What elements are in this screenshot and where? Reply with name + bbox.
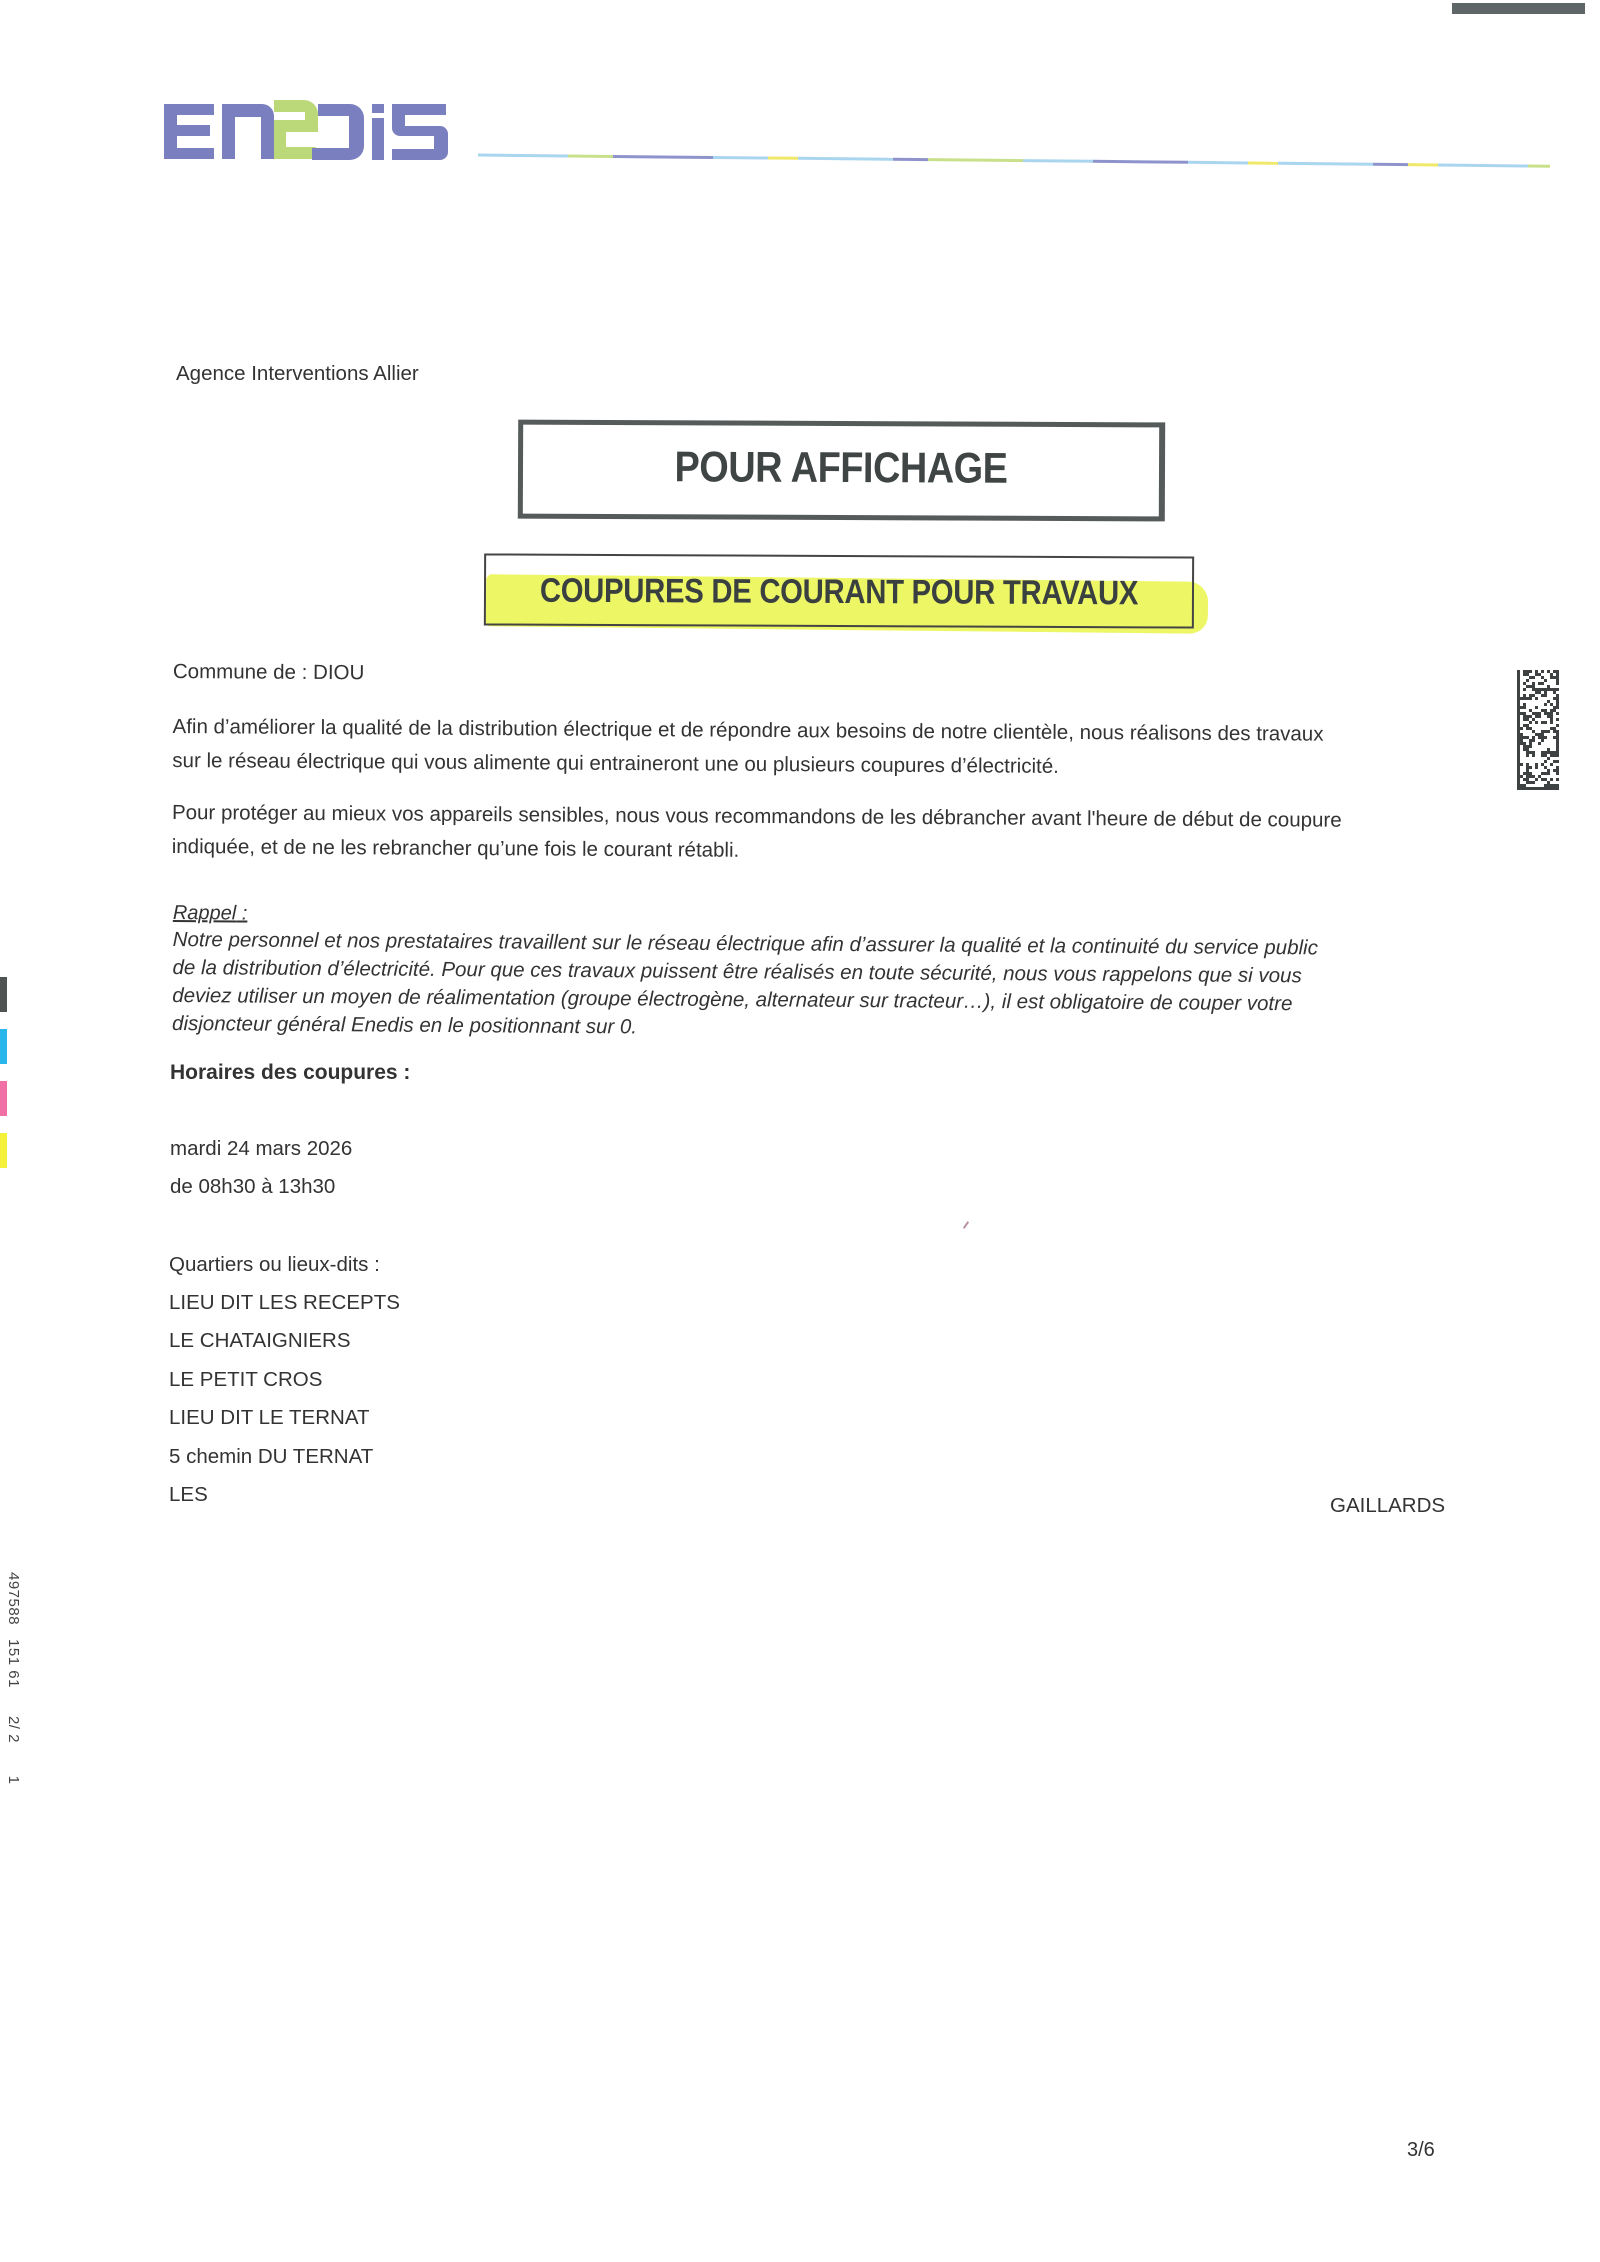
outage-title-box: COUPURES DE COURANT POUR TRAVAUX xyxy=(484,553,1194,628)
agency-name: Agence Interventions Allier xyxy=(176,362,419,386)
location-item: LIEU DIT LE TERNAT xyxy=(169,1406,370,1430)
display-title: POUR AFFICHAGE xyxy=(561,443,1121,494)
page-number: 3/6 xyxy=(1407,2139,1435,2162)
outage-hours: de 08h30 à 13h30 xyxy=(170,1175,335,1199)
datamatrix-code xyxy=(1517,668,1559,792)
location-item-trailing: GAILLARDS xyxy=(1330,1494,1445,1518)
location-item: LES xyxy=(169,1483,208,1507)
location-item: LE PETIT CROS xyxy=(169,1368,322,1392)
calibration-mark-magenta xyxy=(0,1081,7,1116)
outage-title: COUPURES DE COURANT POUR TRAVAUX xyxy=(535,572,1142,614)
location-item: LIEU DIT LES RECEPTS xyxy=(169,1291,400,1315)
reminder-colon: : xyxy=(236,902,247,924)
locations-title: Quartiers ou lieux-dits : xyxy=(169,1253,380,1277)
enedis-logo xyxy=(160,98,460,166)
reminder-title-text: Rappel xyxy=(173,902,237,924)
reminder-section: Rappel : Notre personnel et nos prestata… xyxy=(172,900,1473,1048)
calibration-mark-black xyxy=(0,977,7,1012)
header-decorative-line xyxy=(478,150,1588,172)
scan-artifact xyxy=(963,1221,969,1229)
paragraph-improvement: Afin d’améliorer la qualité de la distri… xyxy=(172,710,1472,787)
outage-date: mardi 24 mars 2026 xyxy=(170,1137,352,1161)
calibration-mark-yellow xyxy=(0,1133,7,1168)
intro-section: Commune de : DIOU Afin d’améliorer la qu… xyxy=(172,660,1473,891)
scan-header-bar xyxy=(1452,3,1585,14)
calibration-mark-cyan xyxy=(0,1029,7,1064)
location-item: 5 chemin DU TERNAT xyxy=(169,1445,373,1469)
paragraph-protection: Pour protéger au mieux vos appareils sen… xyxy=(172,796,1472,873)
schedule-title: Horaires des coupures : xyxy=(170,1061,410,1085)
side-reference-code: 497588 151 61 2/ 2 1 xyxy=(5,1572,22,1784)
location-item: LE CHATAIGNIERS xyxy=(169,1329,351,1353)
display-title-box: POUR AFFICHAGE xyxy=(518,420,1165,522)
commune-label: Commune de : DIOU xyxy=(173,660,1473,693)
